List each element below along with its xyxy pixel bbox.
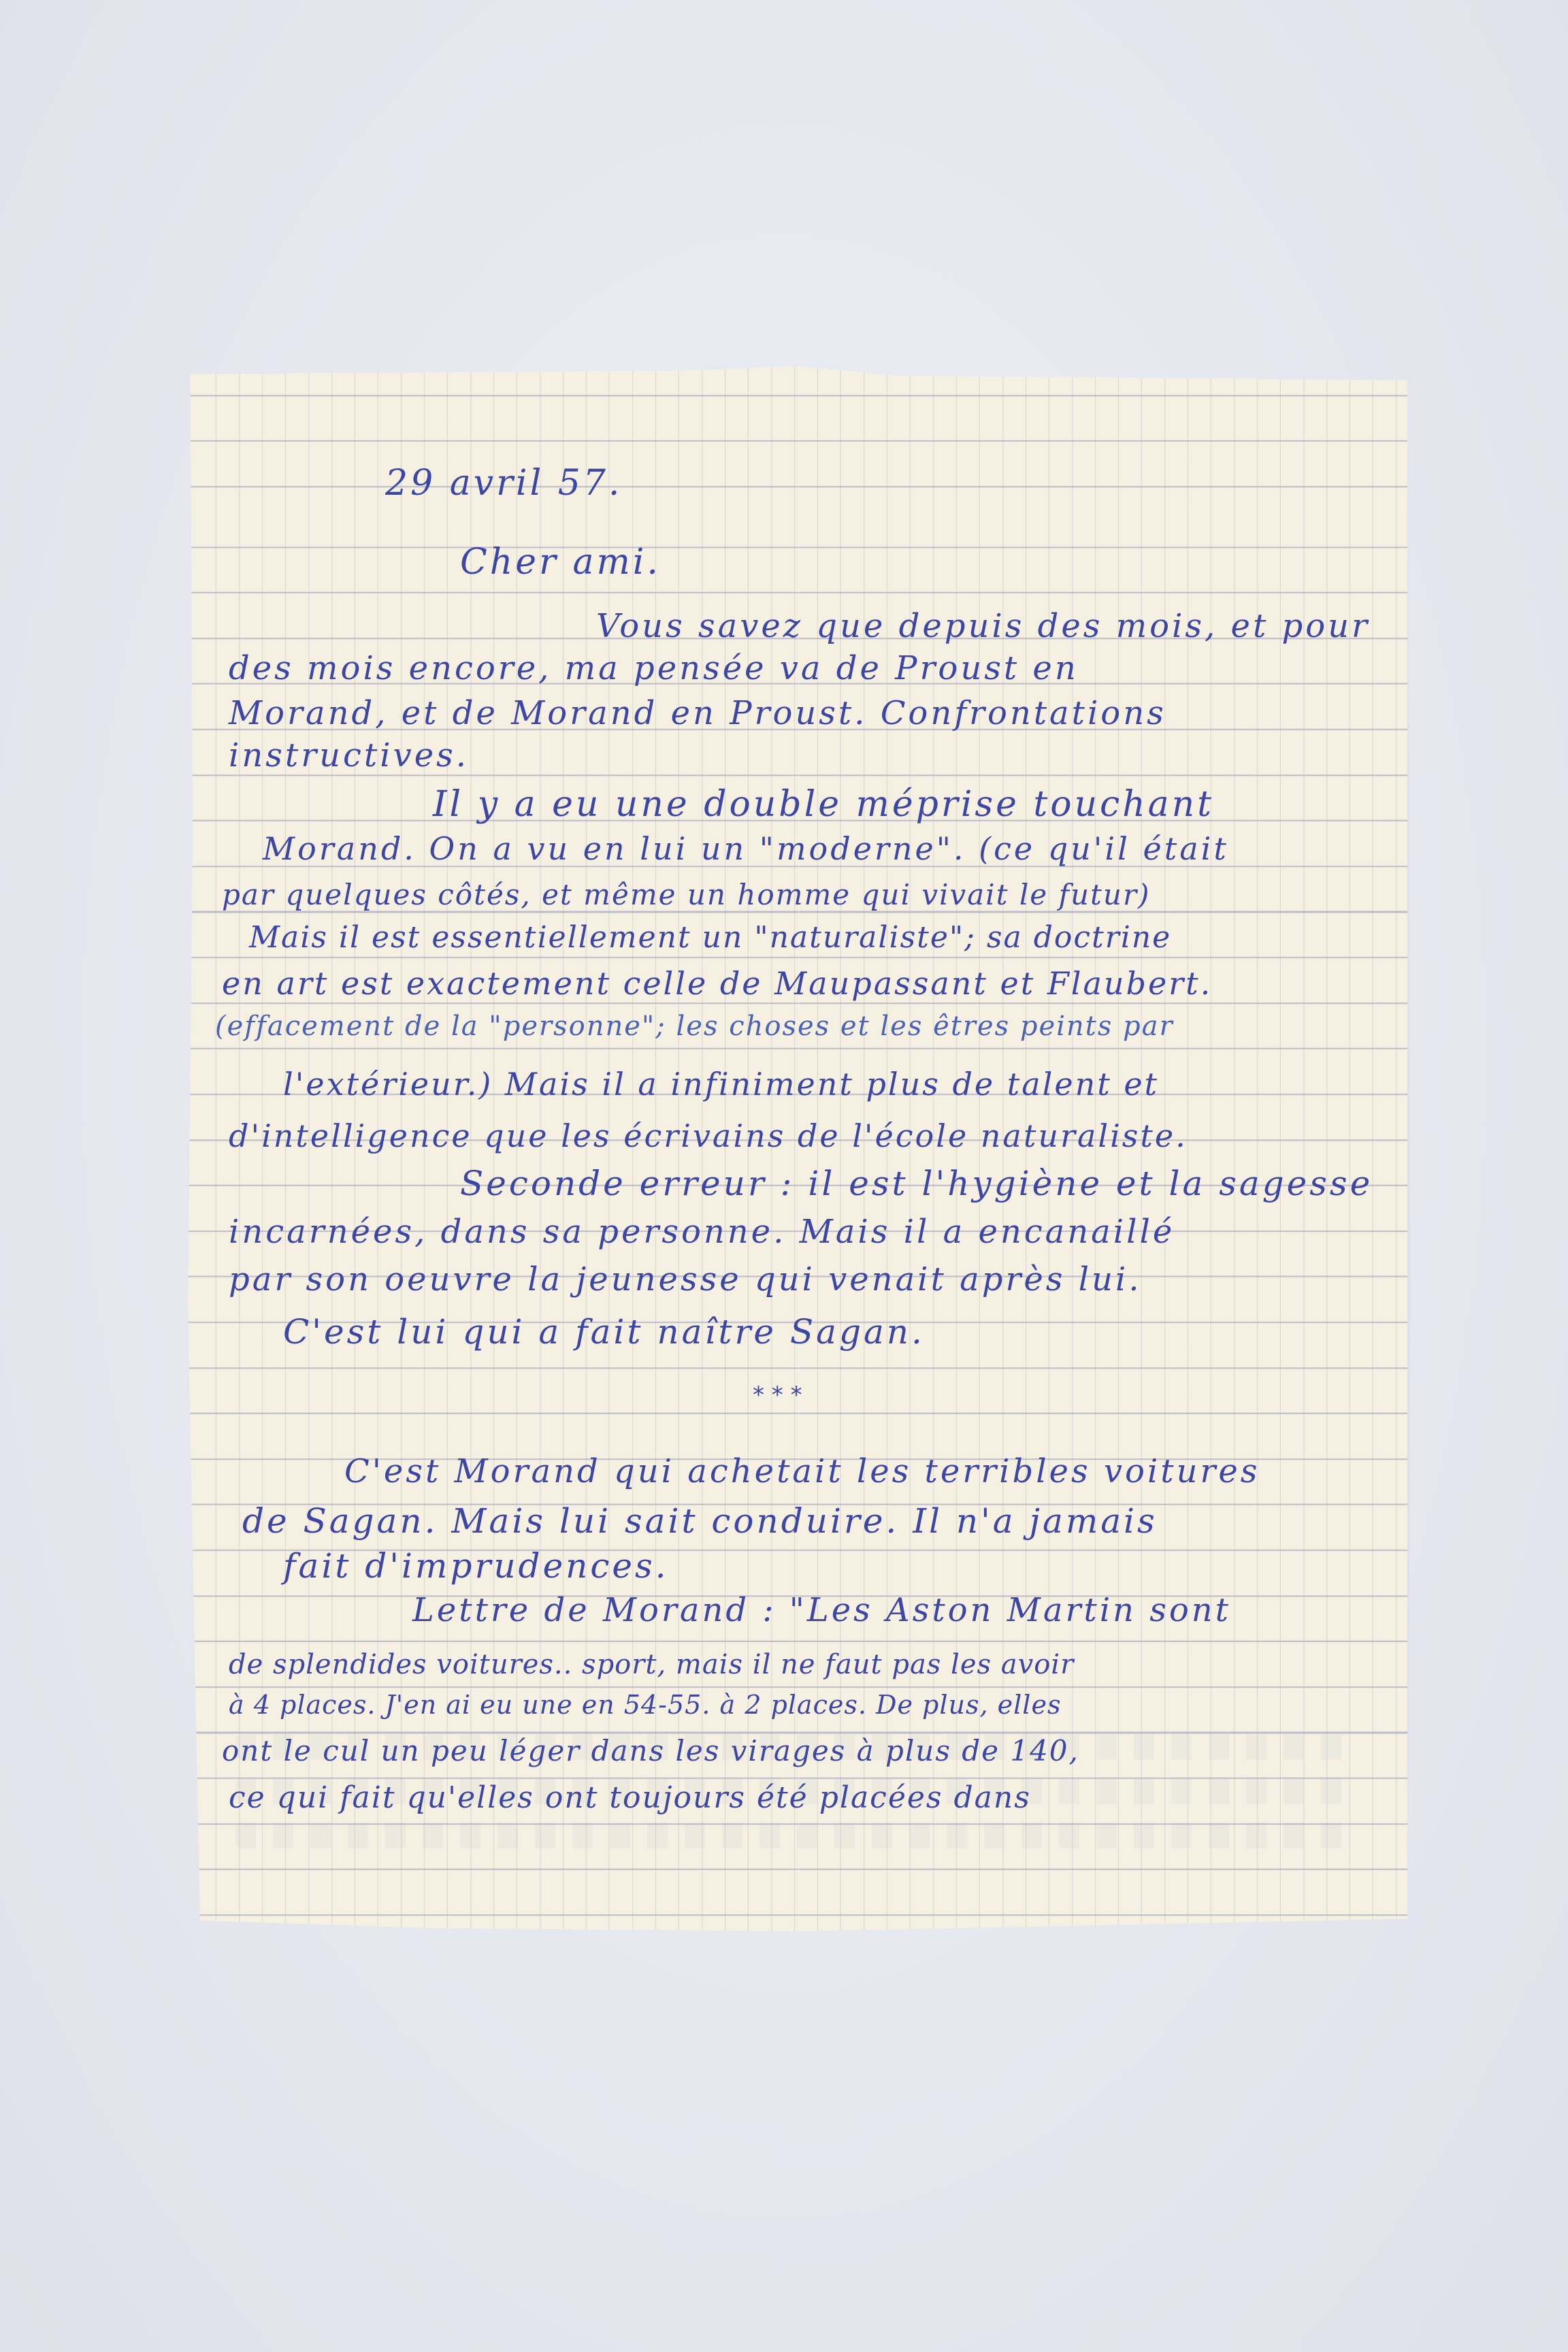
letter-line: C'est Morand qui achetait les terribles …	[344, 1455, 1260, 1488]
letter-line: (effacement de la "personne"; les choses…	[215, 1013, 1174, 1040]
letter-line: Morand, et de Morand en Proust. Confront…	[229, 697, 1166, 730]
letter-line: des mois encore, ma pensée va de Proust …	[229, 652, 1079, 685]
letter-line: Morand. On a vu en lui un "moderne". (ce…	[263, 833, 1229, 864]
letter-line: par son oeuvre la jeunesse qui venait ap…	[229, 1263, 1142, 1296]
show-through-ink	[235, 1823, 1358, 1848]
letter-line: Mais il est essentiellement un "naturali…	[249, 923, 1171, 953]
letter-date: 29 avril 57.	[385, 465, 622, 501]
letter-line: de Sagan. Mais lui sait conduire. Il n'a…	[242, 1504, 1158, 1538]
letter-line: C'est lui qui a fait naître Sagan.	[283, 1315, 925, 1349]
letter-line: en art est exactement celle de Maupassan…	[222, 968, 1212, 999]
letter-line: d'intelligence que les écrivains de l'éc…	[229, 1120, 1188, 1151]
letter-line: de splendides voitures.. sport, mais il …	[229, 1651, 1074, 1678]
letter-line: ce qui fait qu'elles ont toujours été pl…	[229, 1783, 1031, 1813]
letter-line: Il y a eu une double méprise touchant	[433, 787, 1214, 822]
letter-line: ont le cul un peu léger dans les virages…	[222, 1737, 1079, 1765]
letter-line: à 4 places. J'en ai eu une en 54-55. à 2…	[229, 1692, 1061, 1718]
photo-background: 29 avril 57. Cher ami. Vous savez que de…	[0, 0, 1568, 2352]
letter-sheet: 29 avril 57. Cher ami. Vous savez que de…	[188, 366, 1407, 1931]
letter-line: par quelques côtés, et même un homme qui…	[222, 881, 1150, 909]
letter-line: fait d'imprudences.	[283, 1549, 669, 1583]
letter-line: Vous savez que depuis des mois, et pour	[596, 610, 1370, 642]
letter-line: Lettre de Morand : "Les Aston Martin son…	[412, 1594, 1231, 1627]
letter-line: instructives.	[229, 739, 469, 772]
letter-salutation: Cher ami.	[460, 544, 661, 580]
section-asterism: * * *	[753, 1384, 802, 1407]
letter-line: incarnées, dans sa personne. Mais il a e…	[229, 1215, 1175, 1248]
letter-line: l'extérieur.) Mais il a infiniment plus …	[283, 1068, 1159, 1100]
letter-line: Seconde erreur : il est l'hygiène et la …	[460, 1166, 1373, 1200]
